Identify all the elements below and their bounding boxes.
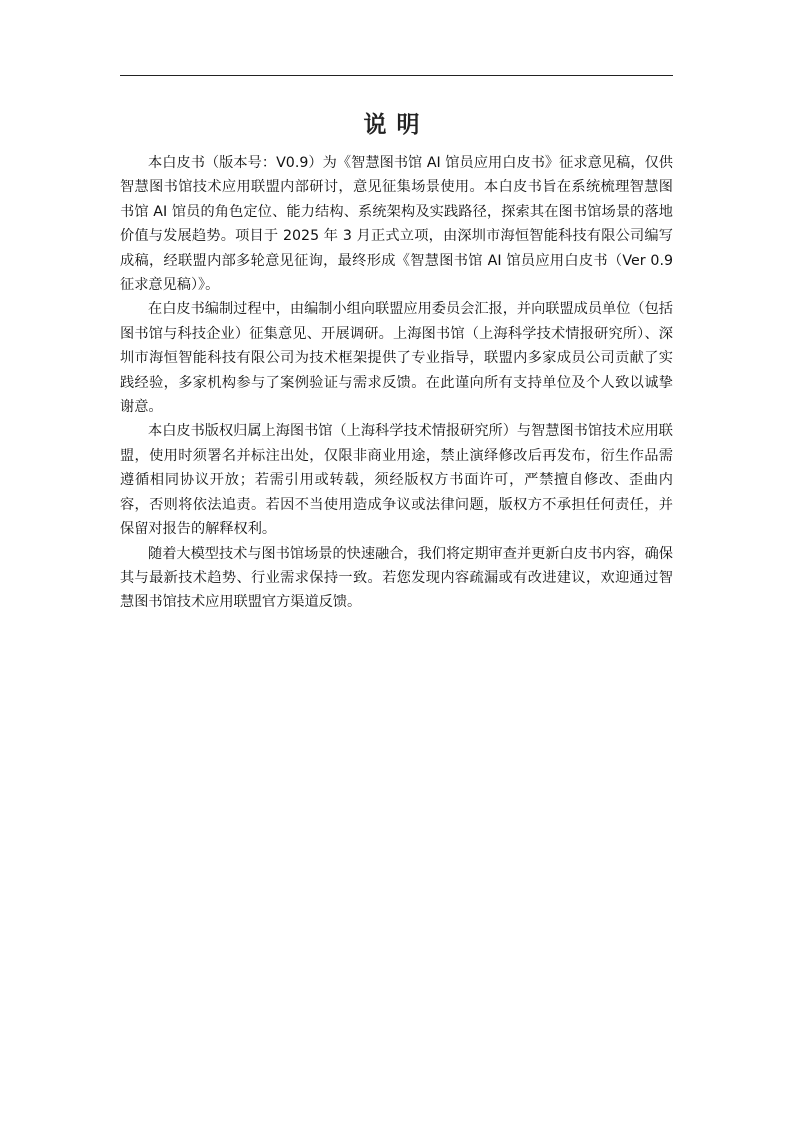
paragraph-updates-feedback: 随着大模型技术与图书馆场景的快速融合，我们将定期审查并更新白皮书内容，确保其与最… <box>120 542 673 615</box>
paragraph-copyright: 本白皮书版权归属上海图书馆（上海科学技术情报研究所）与智慧图书馆技术应用联盟，使… <box>120 419 673 541</box>
paragraph-acknowledgements: 在白皮书编制过程中，由编制小组向联盟应用委员会汇报，并向联盟成员单位（包括图书馆… <box>120 297 673 419</box>
header-rule <box>120 75 673 76</box>
page-title: 说明 <box>0 106 793 139</box>
paragraph-version-statement: 本白皮书（版本号：V0.9）为《智慧图书馆 AI 馆员应用白皮书》征求意见稿，仅… <box>120 151 673 297</box>
document-body: 本白皮书（版本号：V0.9）为《智慧图书馆 AI 馆员应用白皮书》征求意见稿，仅… <box>120 151 673 615</box>
